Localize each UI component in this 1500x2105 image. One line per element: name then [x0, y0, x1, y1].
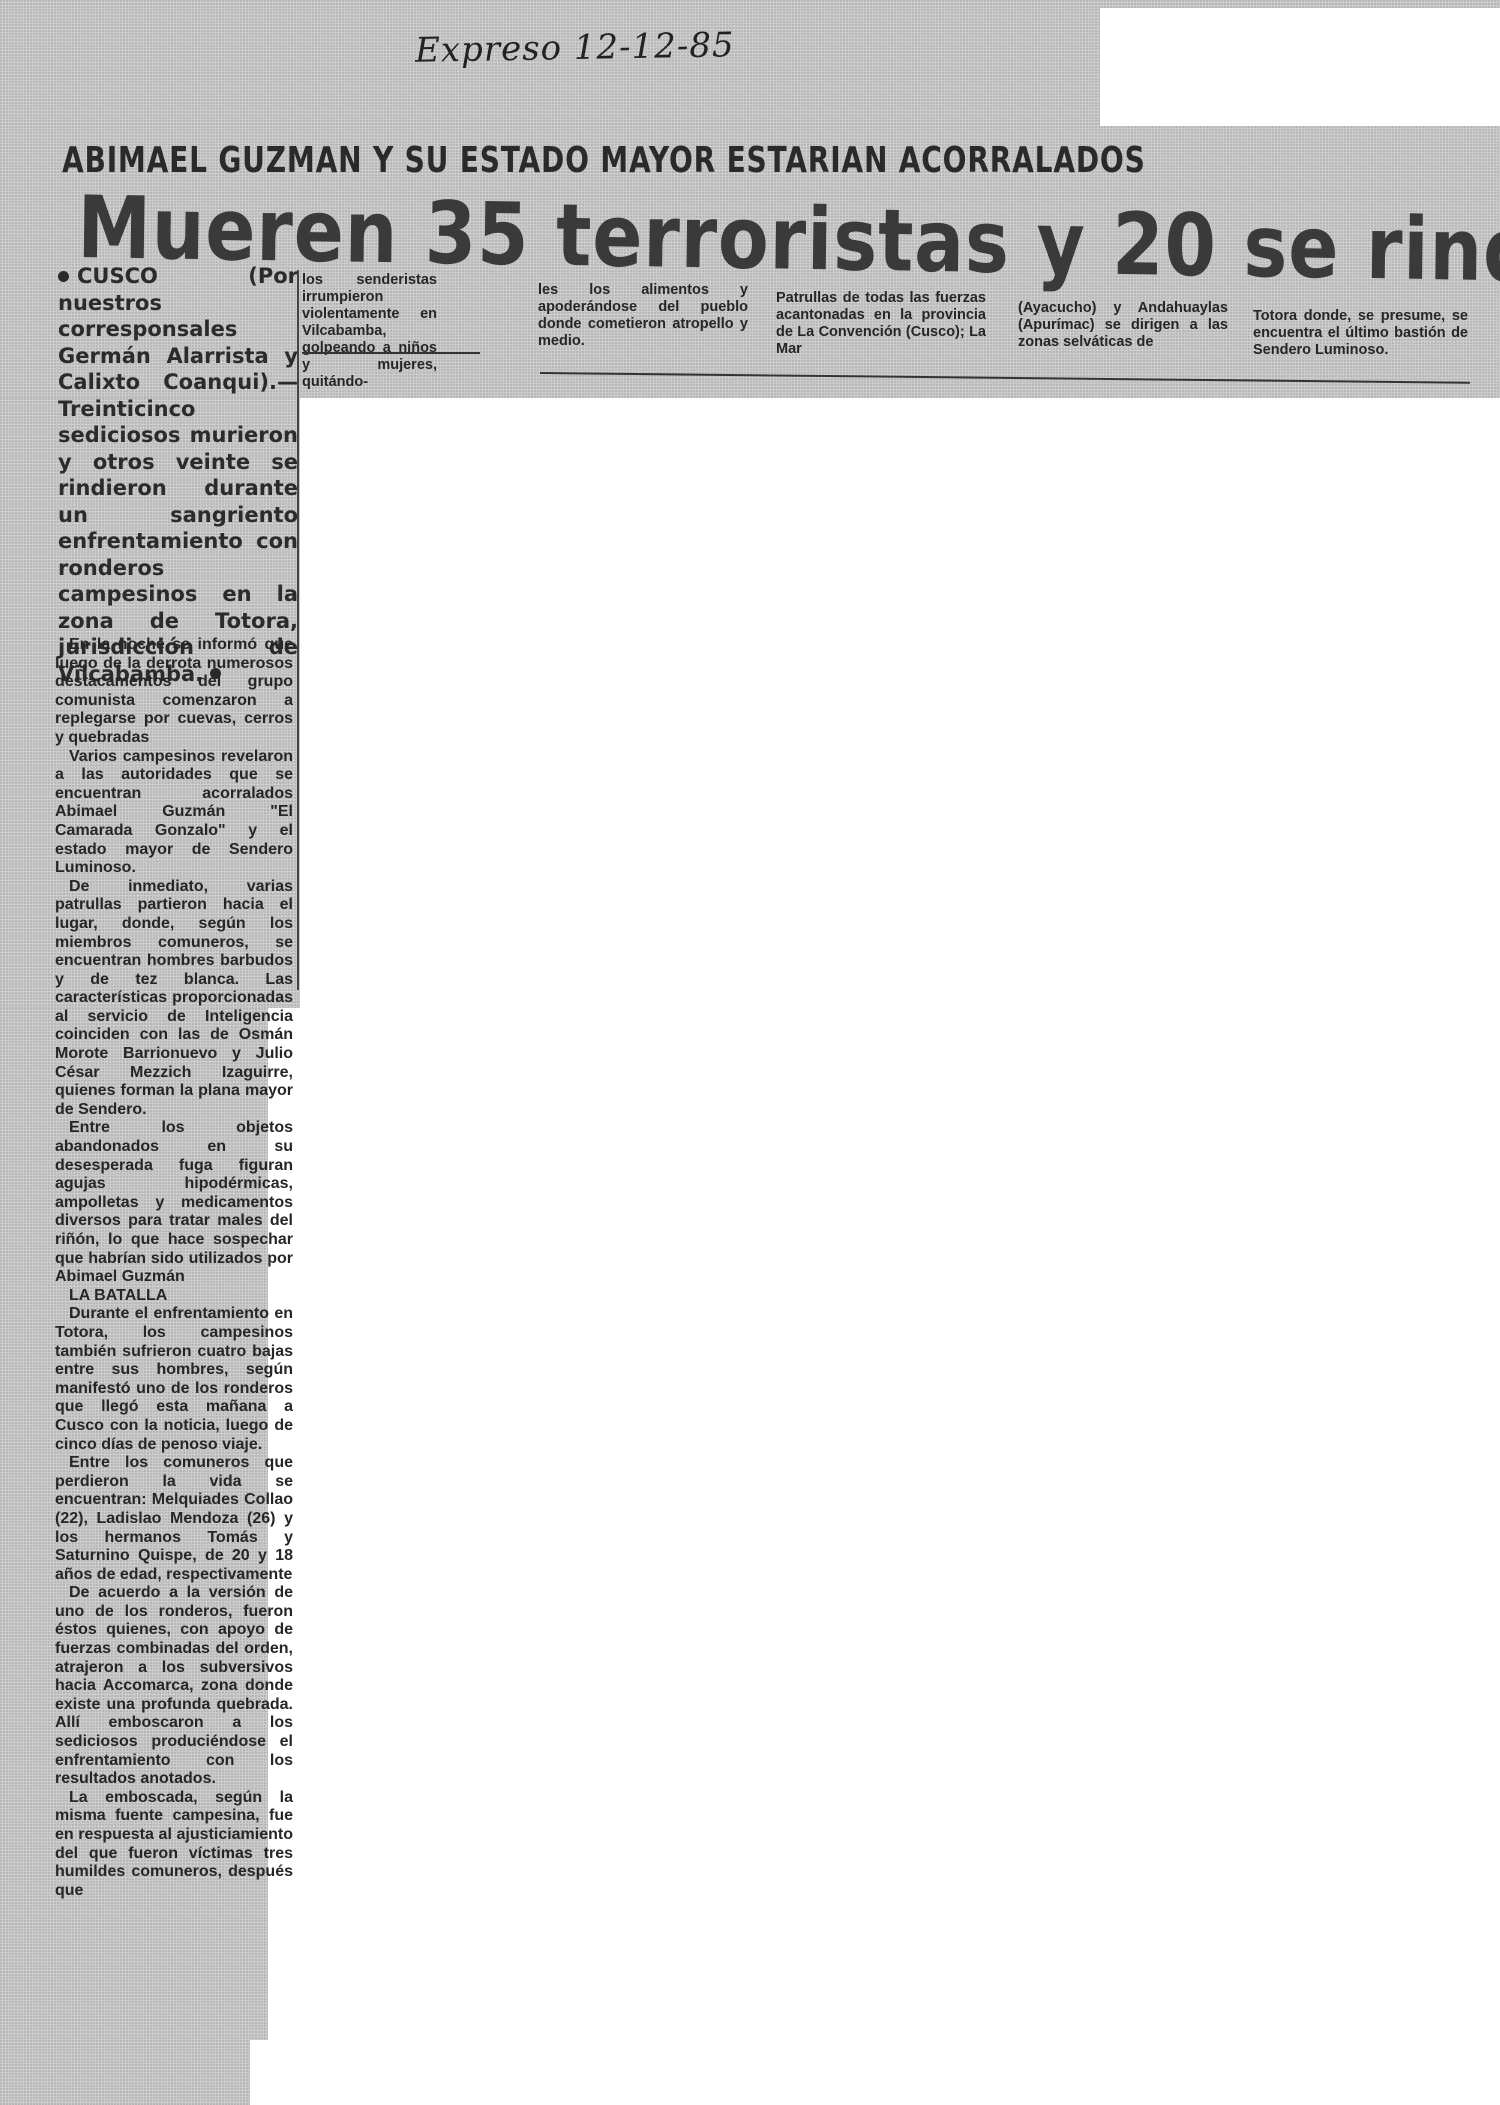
blank-lower-corner	[250, 2040, 280, 2105]
body-paragraph: Durante el enfrentamiento en Totora, los…	[55, 1305, 293, 1454]
top-column-4: (Ayacucho) y Andahuaylas (Apurímac) se d…	[1018, 300, 1228, 351]
column-text: Totora donde, se presume, se encuentra e…	[1253, 308, 1468, 359]
handwritten-date-note: Expreso 12-12-85	[415, 25, 735, 71]
body-paragraph: En la noche se informó que luego de la d…	[55, 636, 293, 748]
column-text: los senderistas irrumpieron violentament…	[302, 272, 437, 391]
article-lead: CUSCO (Por nuestros corresponsales Germá…	[58, 263, 298, 687]
top-column-1: los senderistas irrumpieron violentament…	[302, 272, 437, 391]
article-kicker: ABIMAEL GUZMAN Y SU ESTADO MAYOR ESTARIA…	[62, 140, 1146, 181]
column-text: (Ayacucho) y Andahuaylas (Apurímac) se d…	[1018, 300, 1228, 351]
body-paragraph: De acuerdo a la versión de uno de los ro…	[55, 1584, 293, 1789]
body-paragraph: Varios campesinos revelaron a las autori…	[55, 748, 293, 878]
top-column-5: Totora donde, se presume, se encuentra e…	[1253, 308, 1468, 359]
section-subheading: LA BATALLA	[55, 1287, 293, 1306]
top-column-3: Patrullas de todas las fuerzas acantonad…	[776, 290, 986, 358]
column-underline	[302, 352, 480, 354]
article-body: En la noche se informó que luego de la d…	[55, 636, 293, 1900]
bullet-icon	[58, 271, 69, 282]
body-paragraph: La emboscada, según la misma fuente camp…	[55, 1789, 293, 1901]
body-paragraph: Entre los objetos abandonados en su dese…	[55, 1119, 293, 1286]
column-divider	[297, 270, 299, 990]
top-column-2: les los alimentos y apoderándose del pue…	[538, 282, 748, 350]
column-text: Patrullas de todas las fuerzas acantonad…	[776, 290, 986, 358]
body-paragraph: Entre los comuneros que perdieron la vid…	[55, 1454, 293, 1584]
body-paragraph: De inmediato, varias patrullas partieron…	[55, 878, 293, 1120]
column-text: les los alimentos y apoderándose del pue…	[538, 282, 748, 350]
article-lead-text: CUSCO (Por nuestros corresponsales Germá…	[58, 264, 298, 686]
blank-top-right	[1100, 8, 1500, 126]
